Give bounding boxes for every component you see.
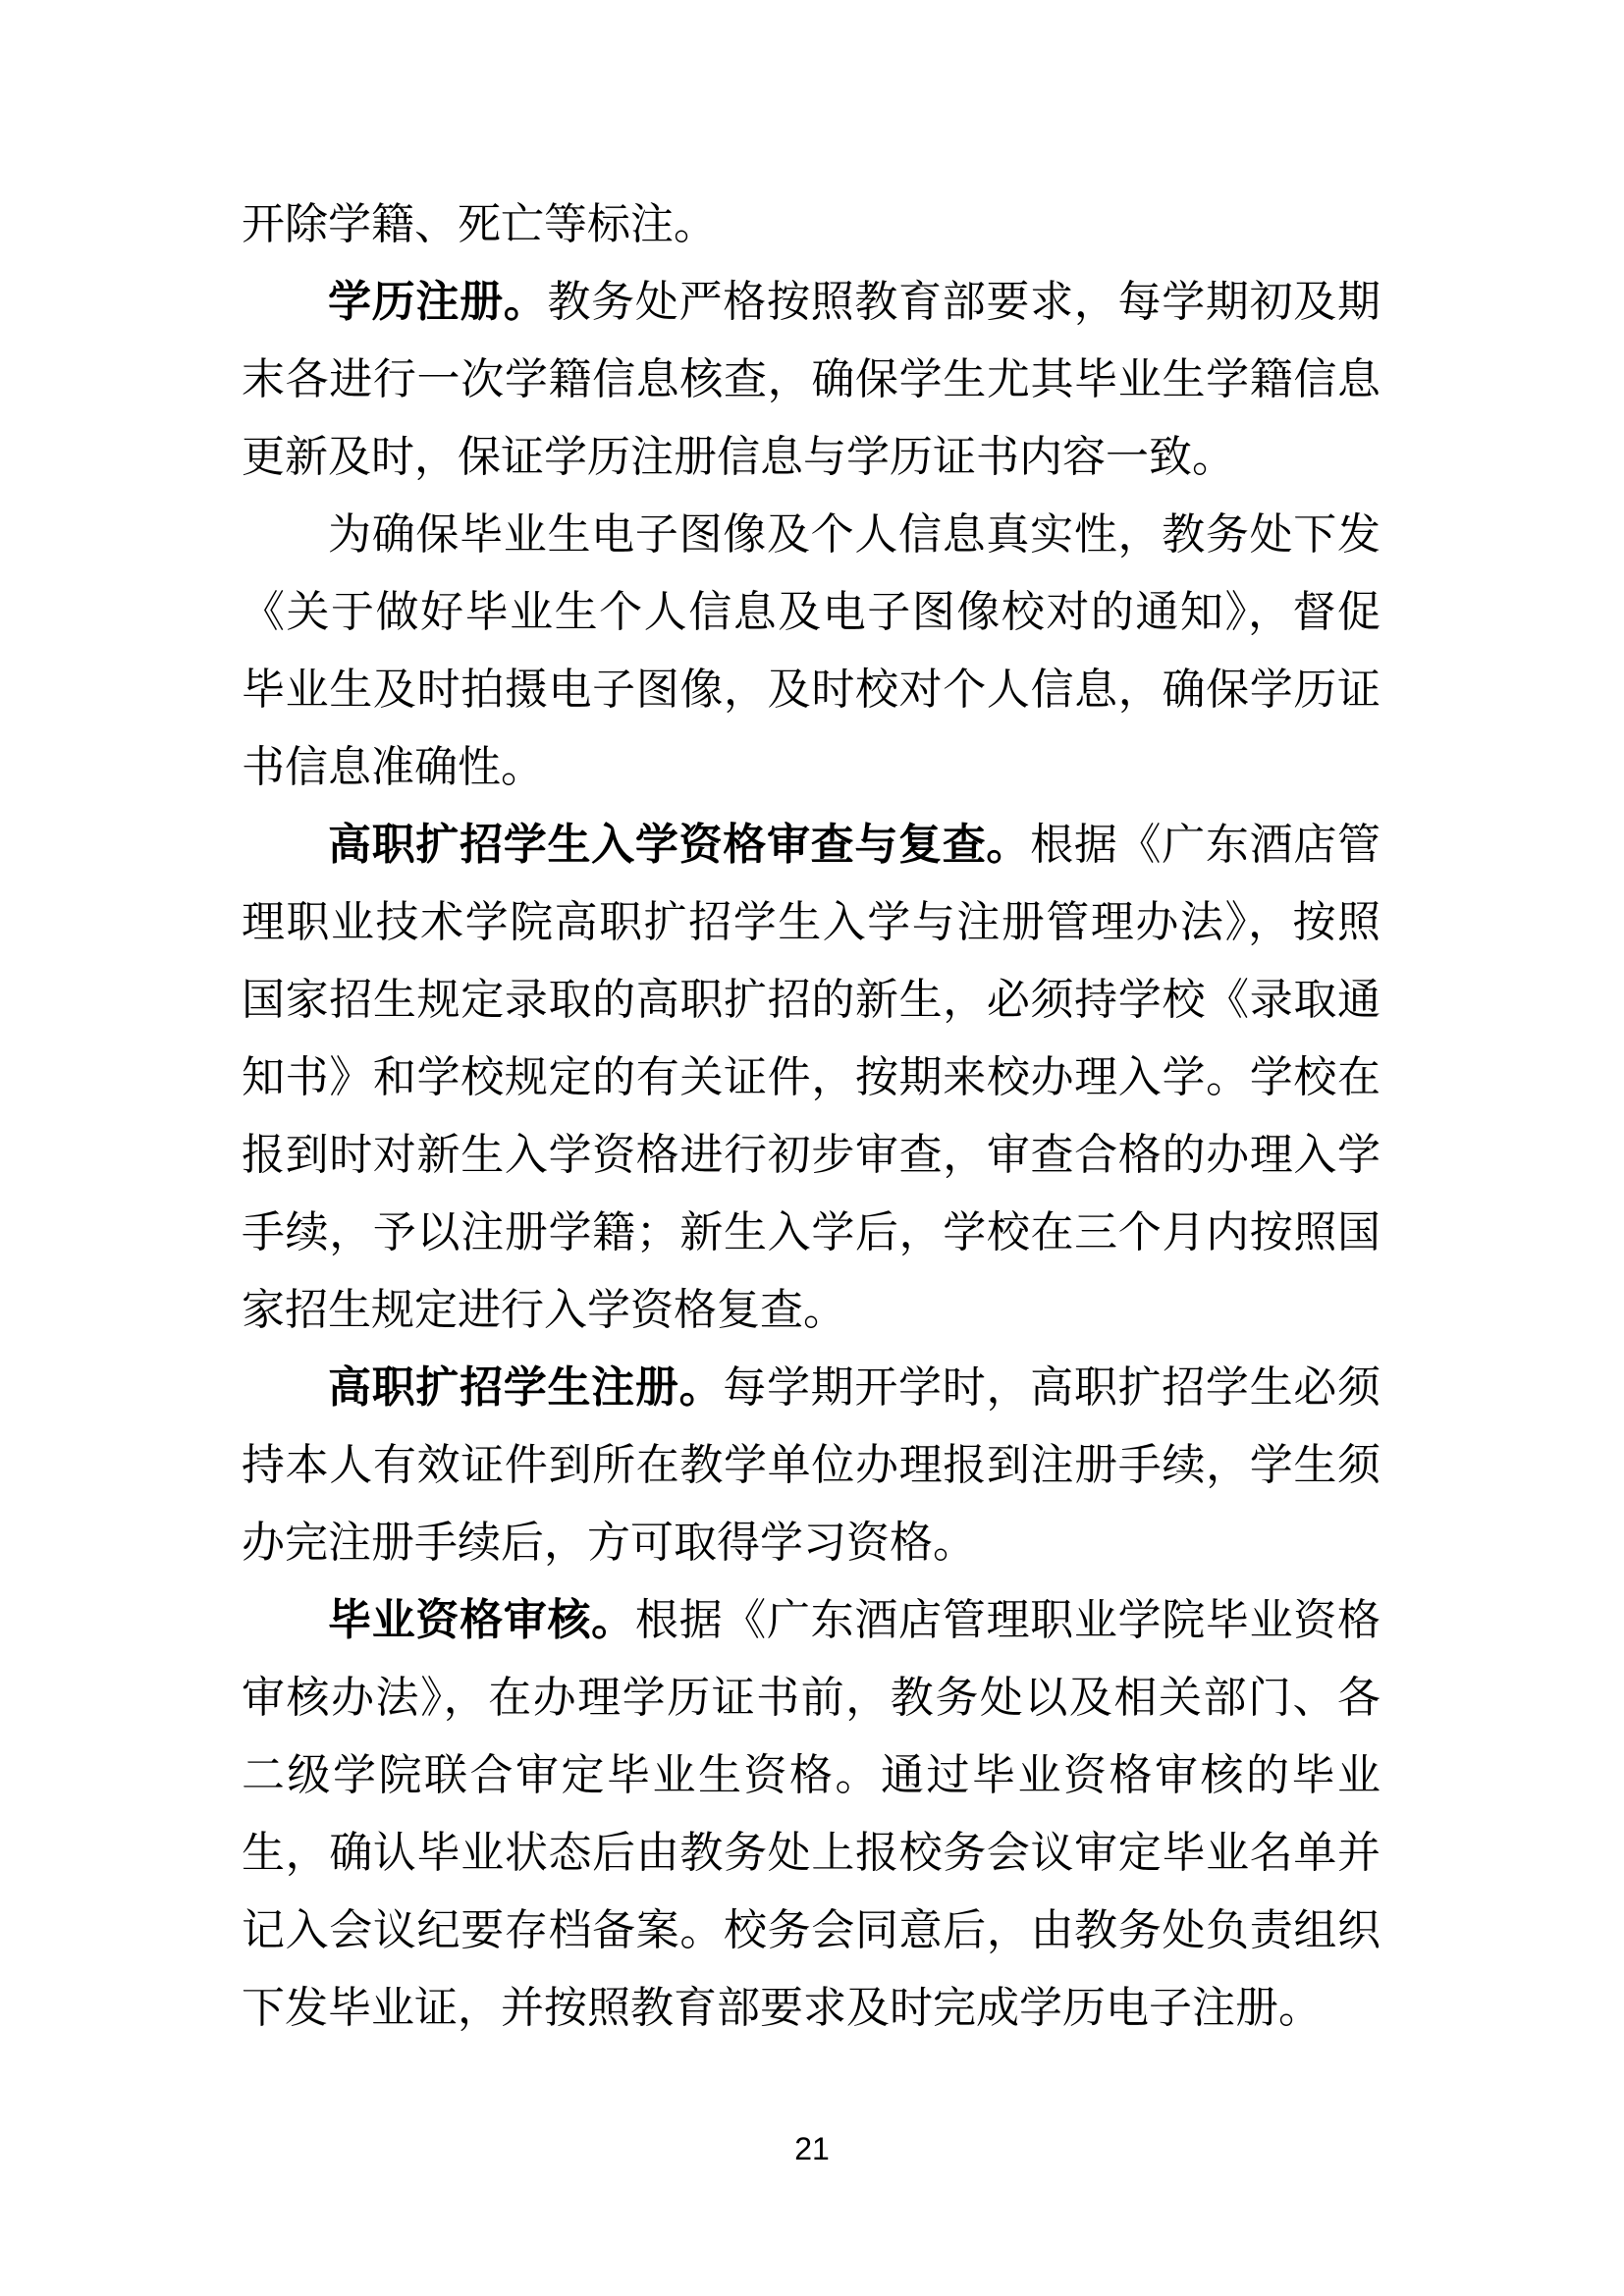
- document-page: 开除学籍、死亡等标注。学历注册。教务处严格按照教育部要求，每学期初及期末各进行一…: [0, 0, 1624, 2296]
- paragraph: 学历注册。教务处严格按照教育部要求，每学期初及期末各进行一次学籍信息核查，确保学…: [242, 263, 1380, 496]
- heading-run: 高职扩招学生注册。: [328, 1363, 723, 1412]
- document-body: 开除学籍、死亡等标注。学历注册。教务处严格按照教育部要求，每学期初及期末各进行一…: [242, 186, 1380, 2047]
- text-run: 根据《广东酒店管理职业学院毕业资格审核办法》，在办理学历证书前，教务处以及相关部…: [242, 1596, 1380, 2032]
- page-number: 21: [0, 2130, 1624, 2167]
- heading-run: 毕业资格审核。: [328, 1596, 635, 1644]
- paragraph: 开除学籍、死亡等标注。: [242, 186, 1380, 263]
- paragraph: 高职扩招学生注册。每学期开学时，高职扩招学生必须持本人有效证件到所在教学单位办理…: [242, 1349, 1380, 1581]
- paragraph: 高职扩招学生入学资格审查与复查。根据《广东酒店管理职业技术学院高职扩招学生入学与…: [242, 806, 1380, 1349]
- text-run: 为确保毕业生电子图像及个人信息真实性，教务处下发《关于做好毕业生个人信息及电子图…: [242, 510, 1380, 791]
- heading-run: 高职扩招学生入学资格审查与复查。: [328, 821, 1030, 869]
- text-run: 开除学籍、死亡等标注。: [242, 200, 717, 248]
- paragraph: 毕业资格审核。根据《广东酒店管理职业学院毕业资格审核办法》，在办理学历证书前，教…: [242, 1581, 1380, 2047]
- heading-run: 学历注册。: [328, 278, 547, 326]
- paragraph: 为确保毕业生电子图像及个人信息真实性，教务处下发《关于做好毕业生个人信息及电子图…: [242, 496, 1380, 806]
- text-run: 根据《广东酒店管理职业技术学院高职扩招学生入学与注册管理办法》，按照国家招生规定…: [242, 821, 1380, 1334]
